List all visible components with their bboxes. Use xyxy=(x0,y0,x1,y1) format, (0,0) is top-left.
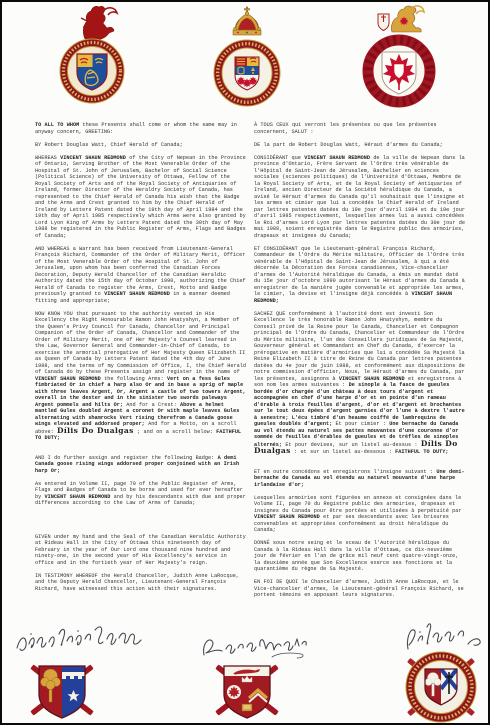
paragraph: NOW KNOW YOU that pursuant to the author… xyxy=(35,311,247,442)
french-column: À TOUS CEUX qui verront les présentes ou… xyxy=(254,122,466,605)
deputy-herald-chancellor-arms-icon xyxy=(397,642,485,725)
paragraph: SACHEZ QUE conformément à l'autorité don… xyxy=(254,311,466,456)
crowned-royal-badge-icon xyxy=(211,4,283,114)
paragraph: As entered in Volume II, page 70 of the … xyxy=(35,481,247,507)
paragraph: EN FOI DE QUOI le Chancelier d'armes, Ju… xyxy=(254,579,466,599)
paragraph: IN TESTIMONY WHEREOF the Herald Chancell… xyxy=(35,573,247,593)
paragraph: WHEREAS VINCENT SHAUN REDMOND of the Cit… xyxy=(35,155,247,240)
paragraph: ET en outre concédons et enregistrons l'… xyxy=(254,469,466,489)
paragraph: À TOUS CEUX qui verront les présentes ou… xyxy=(254,122,466,135)
paragraph: DE la part de Robert Douglas Watt, Hérau… xyxy=(254,142,466,149)
canadian-heraldic-authority-badge-icon xyxy=(360,4,438,113)
letters-patent-document: TO ALL TO WHOM these Presents shall come… xyxy=(0,0,490,725)
paragraph: Lesquelles armoiries sont figurées en an… xyxy=(254,495,466,534)
paragraph: GIVEN under my hand and the Seal of the … xyxy=(35,534,247,567)
paragraph: DONNÉ sous notre seing et le sceau de l'… xyxy=(254,540,466,573)
chief-herald-of-ireland-badge-icon xyxy=(57,4,127,111)
paragraph: AND WHEREAS a Warrant has been received … xyxy=(35,246,247,305)
paragraph: ET CONSIDÉRANT que le Lieutenant-général… xyxy=(254,246,466,305)
chief-herald-arms-icon xyxy=(205,654,289,725)
paragraph: CONSIDÉRANT que VINCENT SHAUN REDMOND de… xyxy=(254,155,466,240)
herald-chancellor-arms-icon xyxy=(20,654,104,725)
paragraph: TO ALL TO WHOM these Presents shall come… xyxy=(35,122,247,135)
paragraph: AND I do further assign and register the… xyxy=(35,455,247,475)
paragraph: BY Robert Douglas Watt, Chief Herald of … xyxy=(35,142,247,149)
english-column: TO ALL TO WHOM these Presents shall come… xyxy=(35,122,247,599)
